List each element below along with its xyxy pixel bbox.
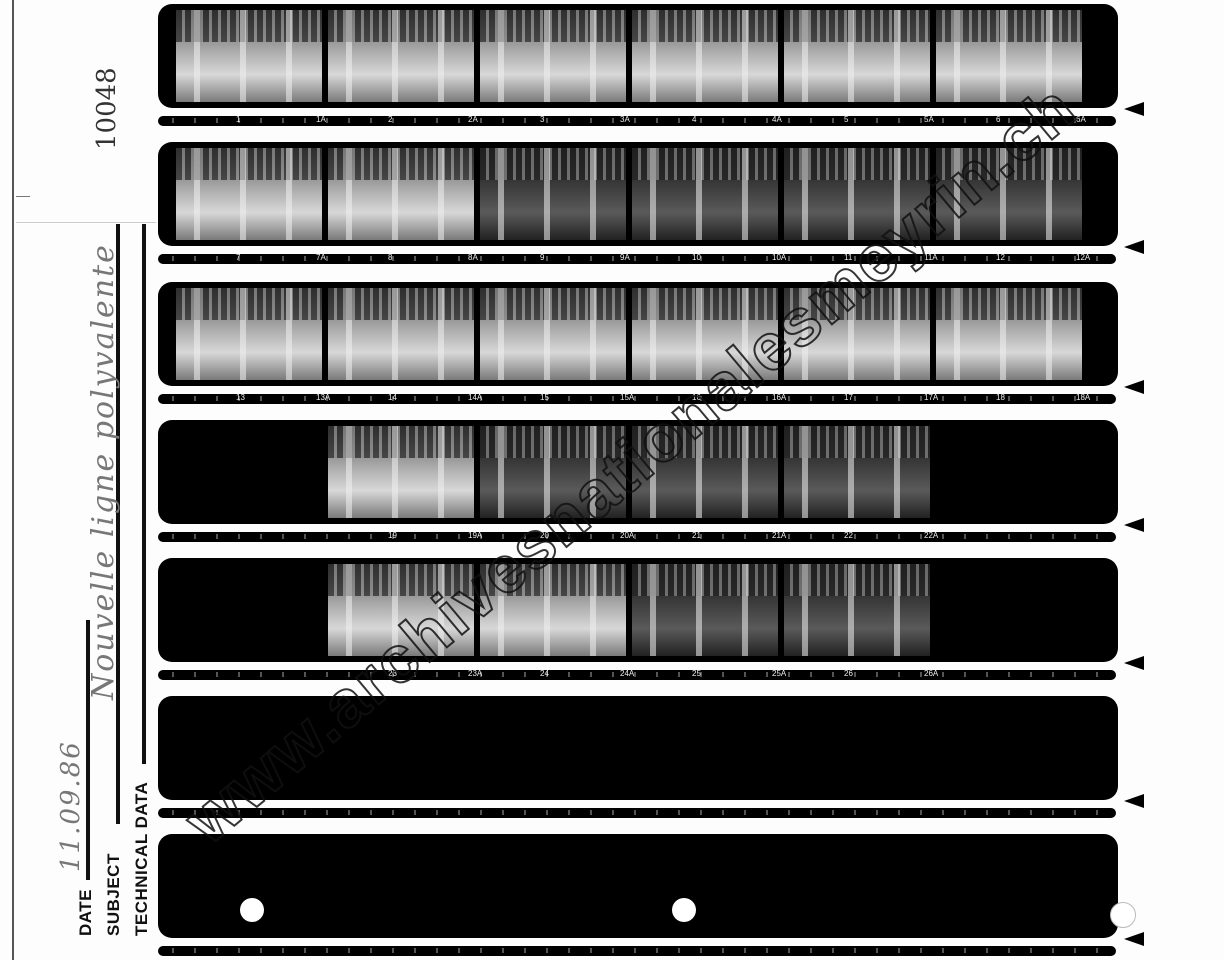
frame-detail bbox=[784, 148, 930, 240]
frame-detail bbox=[632, 148, 778, 240]
photo-frame[interactable] bbox=[328, 288, 474, 380]
sprocket-holes bbox=[162, 118, 1112, 123]
film-edge: 77A88A99A1010A1111A1212A bbox=[158, 254, 1116, 264]
film-edge: 2323A2424A2525A2626A bbox=[158, 670, 1116, 680]
sprocket-holes bbox=[162, 672, 1112, 677]
punch-hole bbox=[1110, 902, 1136, 928]
frame-number: 4A bbox=[772, 115, 782, 124]
photo-frame[interactable] bbox=[328, 10, 474, 102]
frame-number: 17A bbox=[924, 393, 938, 402]
frame-number: 26 bbox=[844, 669, 853, 678]
frame-number: 18 bbox=[996, 393, 1005, 402]
frame-number: 4 bbox=[692, 115, 696, 124]
sprocket-holes bbox=[162, 810, 1112, 815]
frame-detail bbox=[784, 10, 930, 102]
photo-frame[interactable] bbox=[632, 10, 778, 102]
frame-detail bbox=[784, 426, 930, 518]
direction-arrow-icon bbox=[1124, 380, 1144, 394]
frame-number: 6A bbox=[1076, 115, 1086, 124]
photo-frame[interactable] bbox=[328, 426, 474, 518]
frame-detail bbox=[176, 148, 322, 240]
direction-arrow-icon bbox=[1124, 656, 1144, 670]
frame-number: 11 bbox=[844, 253, 852, 262]
film-strip bbox=[158, 420, 1118, 524]
technical-line bbox=[142, 224, 146, 764]
frame-detail bbox=[784, 564, 930, 656]
photo-frame[interactable] bbox=[784, 564, 930, 656]
frame-detail bbox=[328, 10, 474, 102]
frame-detail bbox=[784, 288, 930, 380]
photo-frame[interactable] bbox=[176, 288, 322, 380]
frame-number: 15 bbox=[540, 393, 549, 402]
frame-number: 25A bbox=[772, 669, 786, 678]
photo-frame[interactable] bbox=[176, 10, 322, 102]
frame-number: 16A bbox=[772, 393, 786, 402]
frame-detail bbox=[480, 564, 626, 656]
frame-detail bbox=[328, 426, 474, 518]
frame-detail bbox=[328, 288, 474, 380]
frame-number: 2 bbox=[388, 115, 392, 124]
frame-detail bbox=[632, 288, 778, 380]
photo-frame[interactable] bbox=[784, 10, 930, 102]
frame-number: 18A bbox=[1076, 393, 1090, 402]
frame-number: 9A bbox=[620, 253, 630, 262]
subject-label: SUBJECT bbox=[104, 853, 124, 936]
photo-frame[interactable] bbox=[328, 148, 474, 240]
photo-frame[interactable] bbox=[480, 564, 626, 656]
frame-detail bbox=[936, 148, 1082, 240]
frame-detail bbox=[480, 148, 626, 240]
photo-frame[interactable] bbox=[328, 564, 474, 656]
frame-number: 9 bbox=[540, 253, 544, 262]
frame-number: 3 bbox=[540, 115, 544, 124]
film-edge bbox=[158, 946, 1116, 956]
frame-number: 21A bbox=[772, 531, 786, 540]
frame-number: 20A bbox=[620, 531, 634, 540]
film-strip bbox=[158, 4, 1118, 108]
frame-number: 16 bbox=[692, 393, 701, 402]
punch-hole bbox=[240, 898, 264, 922]
frame-number: 10A bbox=[772, 253, 786, 262]
frame-detail bbox=[328, 148, 474, 240]
punch-hole bbox=[672, 898, 696, 922]
direction-arrow-icon bbox=[1124, 240, 1144, 254]
frame-number: 2A bbox=[468, 115, 478, 124]
frame-number: 7 bbox=[236, 253, 240, 262]
frame-number: 22A bbox=[924, 531, 938, 540]
sheet-border bbox=[12, 0, 14, 960]
frame-number: 21 bbox=[692, 531, 701, 540]
frame-number: 8 bbox=[388, 253, 392, 262]
frame-number: 11A bbox=[924, 253, 938, 262]
frame-number: 12 bbox=[996, 253, 1005, 262]
frame-number: 5A bbox=[924, 115, 934, 124]
photo-frame[interactable] bbox=[480, 426, 626, 518]
direction-arrow-icon bbox=[1124, 518, 1144, 532]
frame-number: 10 bbox=[692, 253, 701, 262]
photo-frame[interactable] bbox=[480, 288, 626, 380]
frame-number: 8A bbox=[468, 253, 478, 262]
frame-number: 23 bbox=[388, 669, 397, 678]
film-edge: 11A22A33A44A55A66A bbox=[158, 116, 1116, 126]
frame-number: 17 bbox=[844, 393, 853, 402]
frame-detail bbox=[632, 564, 778, 656]
contact-sheet: 10048 DATE SUBJECT TECHNICAL DATA 11.09.… bbox=[0, 0, 1224, 960]
photo-frame[interactable] bbox=[632, 288, 778, 380]
frame-detail bbox=[936, 288, 1082, 380]
film-edge: 1313A1414A1515A1616A1717A1818A bbox=[158, 394, 1116, 404]
frame-detail bbox=[480, 426, 626, 518]
photo-frame[interactable] bbox=[784, 148, 930, 240]
sprocket-holes bbox=[162, 256, 1112, 261]
reference-box bbox=[16, 0, 156, 223]
direction-arrow-icon bbox=[1124, 794, 1144, 808]
frame-number: 24 bbox=[540, 669, 549, 678]
frame-number: 19A bbox=[468, 531, 482, 540]
frame-number: 12A bbox=[1076, 253, 1090, 262]
photo-frame[interactable] bbox=[480, 10, 626, 102]
frame-number: 6 bbox=[996, 115, 1000, 124]
photo-frame[interactable] bbox=[632, 426, 778, 518]
frame-number: 15A bbox=[620, 393, 634, 402]
frame-number: 3A bbox=[620, 115, 630, 124]
frame-number: 23A bbox=[468, 669, 482, 678]
frame-number: 26A bbox=[924, 669, 938, 678]
photo-frame[interactable] bbox=[936, 10, 1082, 102]
frame-detail bbox=[480, 10, 626, 102]
film-strip bbox=[158, 834, 1118, 938]
photo-frame[interactable] bbox=[632, 148, 778, 240]
frame-number: 24A bbox=[620, 669, 634, 678]
photo-frame[interactable] bbox=[784, 288, 930, 380]
frame-detail bbox=[176, 10, 322, 102]
sprocket-holes bbox=[162, 534, 1112, 539]
frame-number: 1A bbox=[316, 115, 326, 124]
photo-frame[interactable] bbox=[936, 288, 1082, 380]
margin-tick bbox=[16, 196, 30, 197]
sprocket-holes bbox=[162, 396, 1112, 401]
frame-detail bbox=[632, 10, 778, 102]
photo-frame[interactable] bbox=[632, 564, 778, 656]
frame-number: 1 bbox=[236, 115, 240, 124]
sprocket-holes bbox=[162, 948, 1112, 953]
film-strip bbox=[158, 282, 1118, 386]
frame-detail bbox=[632, 426, 778, 518]
frame-number: 14 bbox=[388, 393, 397, 402]
frame-number: 5 bbox=[844, 115, 848, 124]
reference-number: 10048 bbox=[92, 67, 122, 150]
frame-detail bbox=[480, 288, 626, 380]
frame-detail bbox=[176, 288, 322, 380]
technical-data-label: TECHNICAL DATA bbox=[132, 782, 152, 936]
film-edge bbox=[158, 808, 1116, 818]
photo-frame[interactable] bbox=[480, 148, 626, 240]
date-value: 11.09.86 bbox=[56, 740, 86, 872]
frame-number: 13 bbox=[236, 393, 245, 402]
frame-number: 7A bbox=[316, 253, 326, 262]
film-edge: 1919A2020A2121A2222A bbox=[158, 532, 1116, 542]
frame-number: 19 bbox=[388, 531, 397, 540]
film-strip bbox=[158, 142, 1118, 246]
frame-number: 22 bbox=[844, 531, 853, 540]
frame-detail bbox=[328, 564, 474, 656]
date-label: DATE bbox=[76, 889, 96, 936]
frame-number: 20 bbox=[540, 531, 549, 540]
film-strip bbox=[158, 558, 1118, 662]
photo-frame[interactable] bbox=[936, 148, 1082, 240]
frame-number: 25 bbox=[692, 669, 701, 678]
frame-detail bbox=[936, 10, 1082, 102]
photo-frame[interactable] bbox=[176, 148, 322, 240]
frame-number: 14A bbox=[468, 393, 482, 402]
direction-arrow-icon bbox=[1124, 102, 1144, 116]
photo-frame[interactable] bbox=[784, 426, 930, 518]
subject-value: Nouvelle ligne polyvalente bbox=[86, 243, 121, 700]
frame-number: 13A bbox=[316, 393, 330, 402]
film-strip bbox=[158, 696, 1118, 800]
direction-arrow-icon bbox=[1124, 932, 1144, 946]
